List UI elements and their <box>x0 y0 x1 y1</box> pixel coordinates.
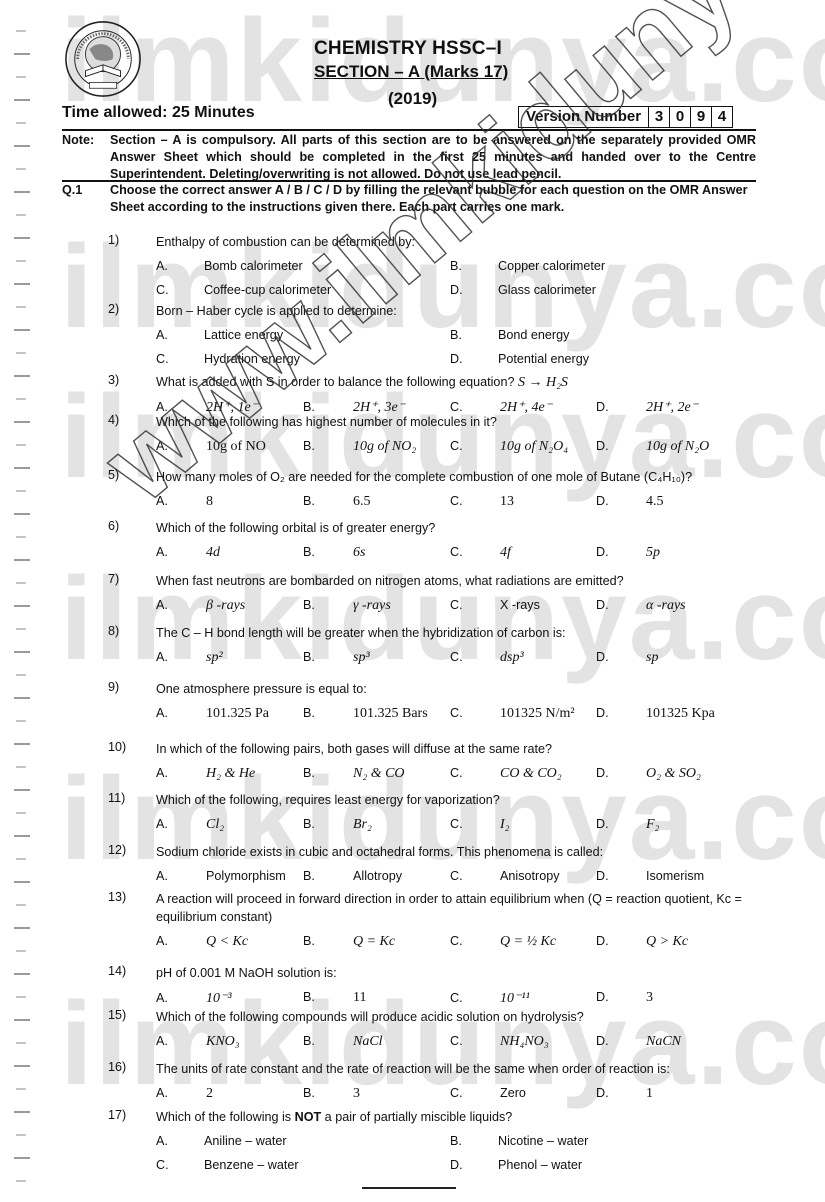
option-row: A.sp²B.sp³C.dsp³D.sp <box>156 650 768 668</box>
option-text: 10⁻³ <box>206 990 232 1007</box>
option-text: 10g of N₂O₄ <box>500 439 568 455</box>
option-letter: C. <box>156 283 204 297</box>
option-row: C.Benzene – waterD.Phenol – water <box>156 1158 768 1176</box>
question-stem: How many moles of O₂ are needed for the … <box>156 468 768 486</box>
question-number: 9) <box>108 680 119 694</box>
answer-option: B.11 <box>303 990 366 1006</box>
question-number: 10) <box>108 740 126 754</box>
question-number: 12) <box>108 843 126 857</box>
answer-option: C.Benzene – water <box>156 1158 299 1172</box>
answer-option: D.101325 Kpa <box>596 706 715 722</box>
option-letter: A. <box>156 545 206 559</box>
answer-option: A.β -rays <box>156 598 245 614</box>
answer-option: C.4f <box>450 545 511 561</box>
option-letter: C. <box>450 439 500 453</box>
question-stem: Sodium chloride exists in cubic and octa… <box>156 843 768 861</box>
option-text: 3 <box>353 1086 360 1102</box>
question-number: 6) <box>108 519 119 533</box>
option-text: 6s <box>353 545 365 561</box>
option-letter: D. <box>596 934 646 948</box>
option-text: α -rays <box>646 598 686 614</box>
question-stem: In which of the following pairs, both ga… <box>156 740 768 758</box>
option-letter: C. <box>450 991 500 1005</box>
question-stem: One atmosphere pressure is equal to: <box>156 680 768 698</box>
option-text: 4f <box>500 545 511 561</box>
answer-option: C.Q = ½ Kc <box>450 934 556 950</box>
option-text: 101.325 Bars <box>353 706 428 722</box>
answer-option: A.Cl₂ <box>156 817 224 833</box>
option-letter: C. <box>450 869 500 883</box>
equation: S → H₂S <box>514 375 567 390</box>
option-letter: B. <box>303 650 353 664</box>
answer-option: C.CO & CO₂ <box>450 766 562 782</box>
option-letter: B. <box>303 817 353 831</box>
answer-option: D.Potential energy <box>450 352 589 366</box>
option-text: Anisotropy <box>500 869 560 883</box>
option-letter: C. <box>450 598 500 612</box>
option-row: A.4dB.6sC.4fD.5p <box>156 545 768 563</box>
option-letter: C. <box>450 706 500 720</box>
option-letter: D. <box>596 650 646 664</box>
option-row: A.KNO₃B.NaClC.NH₄NO₃D.NaCN <box>156 1034 768 1052</box>
option-text: KNO₃ <box>206 1034 240 1050</box>
answer-option: B.Br₂ <box>303 817 372 833</box>
option-text: γ -rays <box>353 598 391 614</box>
option-row: A.Cl₂B.Br₂C.I₂D.F₂ <box>156 817 768 835</box>
question-stem: pH of 0.001 M NaOH solution is: <box>156 964 768 982</box>
answer-option: C.dsp³ <box>450 650 524 666</box>
option-letter: C. <box>450 1034 500 1048</box>
option-row: A.10⁻³B.11C.10⁻¹¹D.3 <box>156 990 768 1008</box>
answer-option: B.Nicotine – water <box>450 1134 588 1148</box>
answer-option: C.Zero <box>450 1086 526 1100</box>
answer-option: C.101325 N/m² <box>450 706 575 722</box>
option-row: A.2B.3C.ZeroD.1 <box>156 1086 768 1104</box>
answer-option: A.2 <box>156 1086 213 1102</box>
option-text: sp <box>646 650 658 666</box>
option-row: A.101.325 PaB.101.325 BarsC.101325 N/m²D… <box>156 706 768 724</box>
board-logo-icon <box>64 20 142 98</box>
question-number: 13) <box>108 890 126 904</box>
answer-option: A.Aniline – water <box>156 1134 287 1148</box>
option-letter: C. <box>450 650 500 664</box>
option-letter: C. <box>450 934 500 948</box>
answer-option: B.Bond energy <box>450 328 569 342</box>
option-text: F₂ <box>646 817 659 833</box>
option-letter: D. <box>596 439 646 453</box>
question-number: 7) <box>108 572 119 586</box>
answer-option: C.Anisotropy <box>450 869 560 883</box>
answer-option: A.sp² <box>156 650 223 666</box>
option-text: O₂ & SO₂ <box>646 766 701 782</box>
option-row: A.8B.6.5C.13D.4.5 <box>156 494 768 512</box>
option-text: NaCN <box>646 1034 681 1050</box>
answer-option: B.N₂ & CO <box>303 766 405 782</box>
option-text: Potential energy <box>498 352 589 366</box>
exam-year: (2019) <box>388 89 437 109</box>
option-text: 2 <box>206 1086 213 1102</box>
answer-option: A.KNO₃ <box>156 1034 240 1050</box>
option-text: Q = ½ Kc <box>500 934 556 950</box>
answer-option: B.10g of NO₂ <box>303 439 416 455</box>
option-letter: B. <box>303 706 353 720</box>
option-letter: B. <box>303 1034 353 1048</box>
answer-option: D.NaCN <box>596 1034 681 1050</box>
option-letter: D. <box>596 400 646 414</box>
option-row: A.β -raysB.γ -raysC.X -raysD.α -rays <box>156 598 768 616</box>
answer-option: A.Polymorphism <box>156 869 286 883</box>
option-row: A.Aniline – waterB.Nicotine – water <box>156 1134 768 1152</box>
option-text: 1 <box>646 1086 653 1102</box>
option-text: Aniline – water <box>204 1134 287 1148</box>
question-number: 1) <box>108 233 119 247</box>
answer-option: D.F₂ <box>596 817 659 833</box>
question-stem: Which of the following compounds will pr… <box>156 1008 768 1026</box>
answer-option: B.NaCl <box>303 1034 383 1050</box>
question-stem: When fast neutrons are bombarded on nitr… <box>156 572 768 590</box>
option-letter: B. <box>303 545 353 559</box>
answer-option: B.3 <box>303 1086 360 1102</box>
option-text: β -rays <box>206 598 245 614</box>
answer-option: C.10⁻¹¹ <box>450 990 530 1007</box>
answer-option: B.101.325 Bars <box>303 706 428 722</box>
option-letter: B. <box>303 400 353 414</box>
answer-option: B.Allotropy <box>303 869 402 883</box>
option-text: 10g of NO₂ <box>353 439 416 455</box>
option-letter: A. <box>156 259 204 273</box>
time-allowed: Time allowed: 25 Minutes <box>62 104 255 122</box>
option-text: I₂ <box>500 817 510 833</box>
option-text: Nicotine – water <box>498 1134 588 1148</box>
answer-option: D.Isomerism <box>596 869 704 883</box>
option-letter: A. <box>156 869 206 883</box>
option-text: Q = Kc <box>353 934 395 950</box>
option-letter: A. <box>156 1034 206 1048</box>
answer-option: D.1 <box>596 1086 653 1102</box>
option-letter: C. <box>450 1086 500 1100</box>
option-letter: B. <box>450 1134 498 1148</box>
note-label: Note: <box>62 132 94 149</box>
option-text: 4.5 <box>646 494 664 510</box>
question-stem: Which of the following, requires least e… <box>156 791 768 809</box>
option-text: 3 <box>646 990 653 1006</box>
option-text: Phenol – water <box>498 1158 582 1172</box>
option-text: NH₄NO₃ <box>500 1034 549 1050</box>
answer-option: C.I₂ <box>450 817 510 833</box>
option-text: Bond energy <box>498 328 569 342</box>
answer-option: D.10g of N₂O <box>596 439 709 455</box>
option-text: 10g of N₂O <box>646 439 709 455</box>
option-row: A.H₂ & HeB.N₂ & COC.CO & CO₂D.O₂ & SO₂ <box>156 766 768 784</box>
question-stem: Which of the following orbital is of gre… <box>156 519 768 537</box>
answer-option: C.X -rays <box>450 598 540 612</box>
answer-option: B.γ -rays <box>303 598 391 614</box>
option-letter: A. <box>156 991 206 1005</box>
option-text: 13 <box>500 494 514 510</box>
option-letter: B. <box>303 990 353 1004</box>
option-text: N₂ & CO <box>353 766 405 782</box>
option-letter: B. <box>303 494 353 508</box>
answer-option: B.6.5 <box>303 494 371 510</box>
option-text: 11 <box>353 990 366 1006</box>
answer-option: B.Q = Kc <box>303 934 395 950</box>
option-letter: D. <box>596 766 646 780</box>
subject-title: CHEMISTRY HSSC–I <box>314 38 502 60</box>
option-letter: C. <box>450 400 500 414</box>
option-letter: B. <box>303 766 353 780</box>
option-text: sp² <box>206 650 223 666</box>
option-letter: D. <box>450 352 498 366</box>
option-letter: C. <box>450 817 500 831</box>
option-text: NaCl <box>353 1034 383 1050</box>
answer-option: A.Q < Kc <box>156 934 248 950</box>
option-row: A.PolymorphismB.AllotropyC.AnisotropyD.I… <box>156 869 768 887</box>
option-letter: D. <box>596 706 646 720</box>
option-text: H₂ & He <box>206 766 255 782</box>
option-text: 101325 Kpa <box>646 706 715 722</box>
option-letter: B. <box>450 328 498 342</box>
option-letter: B. <box>303 598 353 612</box>
answer-option: D.Phenol – water <box>450 1158 582 1172</box>
question-stem: A reaction will proceed in forward direc… <box>156 890 768 926</box>
option-letter: D. <box>596 598 646 612</box>
option-text: CO & CO₂ <box>500 766 562 782</box>
question-number: 2) <box>108 302 119 316</box>
answer-option: D.4.5 <box>596 494 664 510</box>
option-letter: D. <box>596 1034 646 1048</box>
option-letter: A. <box>156 934 206 948</box>
question-number: 16) <box>108 1060 126 1074</box>
question-number: 14) <box>108 964 126 978</box>
question-number: 8) <box>108 624 119 638</box>
option-text: Benzene – water <box>204 1158 299 1172</box>
option-letter: D. <box>596 545 646 559</box>
divider <box>62 129 756 131</box>
answer-option: A.H₂ & He <box>156 766 255 782</box>
option-text: Br₂ <box>353 817 372 833</box>
option-letter: A. <box>156 766 206 780</box>
option-letter: B. <box>303 439 353 453</box>
option-text: Cl₂ <box>206 817 224 833</box>
version-digit: 0 <box>670 107 691 127</box>
option-letter: A. <box>156 706 206 720</box>
option-text: 6.5 <box>353 494 371 510</box>
answer-option: D.3 <box>596 990 653 1006</box>
option-text: 5p <box>646 545 660 561</box>
option-text: X -rays <box>500 598 540 612</box>
version-digit: 9 <box>691 107 712 127</box>
option-letter: D. <box>596 817 646 831</box>
question-number: 3) <box>108 373 119 387</box>
option-text: 8 <box>206 494 213 510</box>
version-digit: 4 <box>712 107 732 127</box>
option-letter: D. <box>450 283 498 297</box>
answer-option: A.10⁻³ <box>156 990 232 1007</box>
option-letter: D. <box>596 1086 646 1100</box>
answer-option: B.sp³ <box>303 650 370 666</box>
option-text: Q > Kc <box>646 934 688 950</box>
option-letter: D. <box>596 494 646 508</box>
option-text: Allotropy <box>353 869 402 883</box>
option-letter: C. <box>450 494 500 508</box>
answer-option: D.O₂ & SO₂ <box>596 766 701 782</box>
answer-option: C.10g of N₂O₄ <box>450 439 568 455</box>
question-label: Q.1 <box>62 182 82 199</box>
answer-option: D.sp <box>596 650 658 666</box>
option-letter: C. <box>450 766 500 780</box>
option-letter: A. <box>156 1086 206 1100</box>
option-text: Q < Kc <box>206 934 248 950</box>
answer-option: D.Q > Kc <box>596 934 688 950</box>
option-letter: D. <box>450 1158 498 1172</box>
option-letter: A. <box>156 817 206 831</box>
option-letter: C. <box>450 545 500 559</box>
option-letter: A. <box>156 650 206 664</box>
option-letter: B. <box>303 934 353 948</box>
question-number: 17) <box>108 1108 126 1122</box>
option-letter: A. <box>156 598 206 612</box>
option-text: Copper calorimeter <box>498 259 605 273</box>
option-text: 4d <box>206 545 220 561</box>
option-letter: B. <box>303 1086 353 1100</box>
option-text: 101.325 Pa <box>206 706 269 722</box>
option-text: 101325 N/m² <box>500 706 575 722</box>
option-letter: D. <box>596 990 646 1004</box>
option-text: Polymorphism <box>206 869 286 883</box>
answer-option: C.13 <box>450 494 514 510</box>
answer-option: A.4d <box>156 545 220 561</box>
answer-option: D.5p <box>596 545 660 561</box>
option-letter: B. <box>303 869 353 883</box>
question-number: 15) <box>108 1008 126 1022</box>
answer-option: A.101.325 Pa <box>156 706 269 722</box>
answer-option: C.NH₄NO₃ <box>450 1034 549 1050</box>
option-row: A.Q < KcB.Q = KcC.Q = ½ KcD.Q > Kc <box>156 934 768 952</box>
option-letter: A. <box>156 1134 204 1148</box>
option-text: 10⁻¹¹ <box>500 990 530 1007</box>
option-text: sp³ <box>353 650 370 666</box>
option-text: dsp³ <box>500 650 524 666</box>
question-stem: The units of rate constant and the rate … <box>156 1060 768 1078</box>
question-number: 11) <box>108 791 125 805</box>
option-letter: D. <box>596 869 646 883</box>
option-text: Glass calorimeter <box>498 283 596 297</box>
question-stem: Which of the following is NOT a pair of … <box>156 1108 768 1126</box>
answer-option: D.α -rays <box>596 598 686 614</box>
option-letter: C. <box>156 1158 204 1172</box>
question-stem: The C – H bond length will be greater wh… <box>156 624 768 642</box>
option-text: Zero <box>500 1086 526 1100</box>
answer-option: D.Glass calorimeter <box>450 283 596 297</box>
answer-option: B.6s <box>303 545 365 561</box>
end-rule <box>362 1187 456 1189</box>
option-text: Isomerism <box>646 869 704 883</box>
section-title: SECTION – A (Marks 17) <box>314 62 508 82</box>
